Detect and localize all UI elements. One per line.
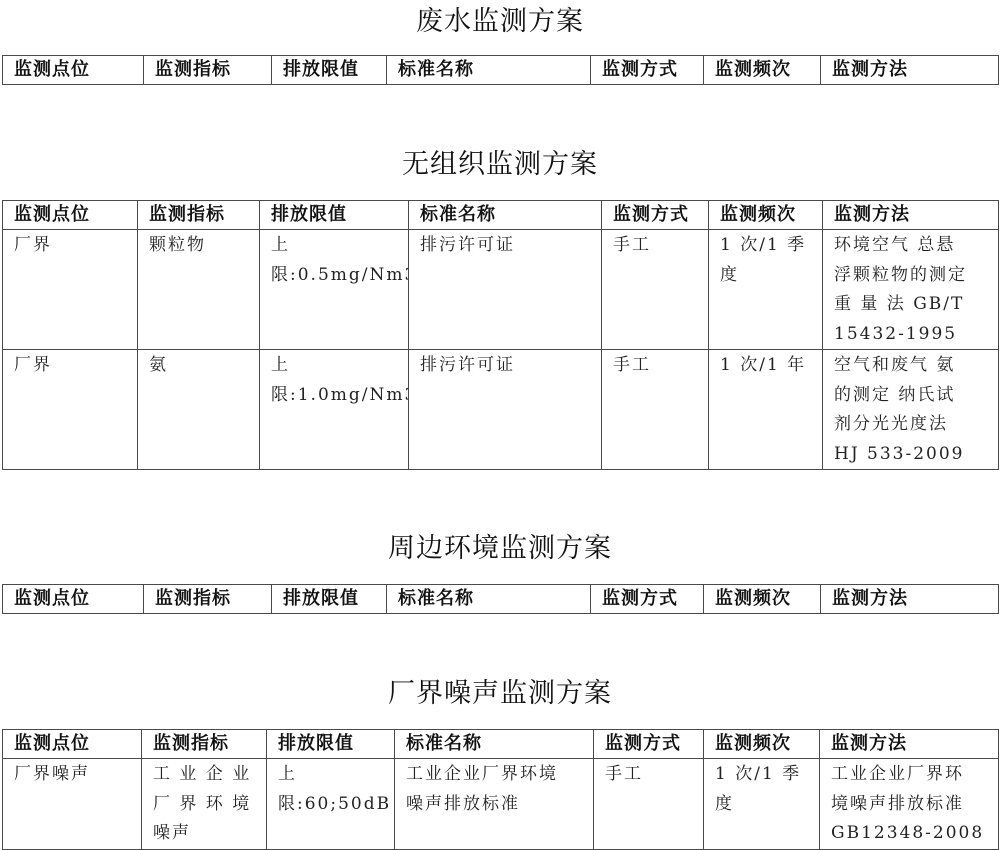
- cell-method-line: 重 量 法 GB/T: [834, 290, 992, 320]
- header-emission-limit: 排放限值: [272, 56, 387, 85]
- cell-mode: 手工: [594, 759, 704, 850]
- header-monitoring-method: 监测方法: [821, 56, 999, 85]
- header-monitoring-point: 监测点位: [3, 730, 142, 759]
- cell-indicator: 颗粒物: [138, 230, 260, 350]
- cell-mode: 手工: [602, 230, 709, 350]
- header-monitoring-method: 监测方法: [820, 730, 999, 759]
- header-monitoring-mode: 监测方式: [602, 201, 709, 230]
- header-emission-limit: 排放限值: [272, 585, 387, 614]
- header-monitoring-method: 监测方法: [821, 585, 999, 614]
- cell-method: 空气和废气 氨 的测定 纳氏试 剂分光光度法 HJ 533-2009: [823, 350, 999, 470]
- cell-method-line: 浮颗粒物的测定: [834, 261, 992, 291]
- cell-indicator: 工 业 企 业 厂 界 环 境 噪声: [142, 759, 267, 850]
- cell-frequency-line: 度: [720, 261, 816, 291]
- header-standard-name: 标准名称: [395, 730, 594, 759]
- cell-point: 厂界噪声: [3, 759, 142, 850]
- cell-limit-line: 上: [271, 231, 402, 261]
- cell-point: 厂界: [3, 350, 138, 470]
- wastewater-monitoring-table: 监测点位 监测指标 排放限值 标准名称 监测方式 监测频次 监测方法: [2, 55, 999, 85]
- header-standard-name: 标准名称: [387, 585, 591, 614]
- surrounding-environment-monitoring-table: 监测点位 监测指标 排放限值 标准名称 监测方式 监测频次 监测方法: [2, 584, 999, 614]
- cell-standard: 排污许可证: [409, 350, 602, 470]
- cell-standard: 排污许可证: [409, 230, 602, 350]
- cell-method-line: 工业企业厂界环: [831, 760, 992, 790]
- cell-method-line: 15432-1995: [834, 320, 992, 350]
- header-monitoring-point: 监测点位: [3, 56, 144, 85]
- cell-frequency-line: 1 次/1 年: [720, 351, 816, 381]
- header-monitoring-mode: 监测方式: [591, 56, 704, 85]
- cell-standard-line: 工业企业厂界环境: [406, 760, 587, 790]
- table-header-row: 监测点位 监测指标 排放限值 标准名称 监测方式 监测频次 监测方法: [3, 585, 999, 614]
- cell-limit-line: 限:1.0mg/Nm3: [271, 381, 402, 411]
- cell-method-line: 剂分光光度法: [834, 410, 992, 440]
- cell-standard-line: 噪声排放标准: [406, 790, 587, 820]
- cell-frequency: 1 次/1 季 度: [704, 759, 820, 850]
- header-monitoring-frequency: 监测频次: [704, 585, 821, 614]
- header-monitoring-point: 监测点位: [3, 201, 138, 230]
- header-monitoring-indicator: 监测指标: [142, 730, 267, 759]
- cell-frequency-line: 度: [715, 790, 813, 820]
- cell-frequency-line: 1 次/1 季: [715, 760, 813, 790]
- header-monitoring-indicator: 监测指标: [144, 56, 272, 85]
- cell-method: 环境空气 总悬 浮颗粒物的测定 重 量 法 GB/T 15432-1995: [823, 230, 999, 350]
- cell-method-line: 空气和废气 氨: [834, 351, 992, 381]
- table-row: 厂界 氨 上 限:1.0mg/Nm3 排污许可证 手工 1 次/1 年 空气和废…: [3, 350, 999, 470]
- cell-limit-line: 限:60;50dB: [278, 790, 388, 820]
- cell-method-line: 环境空气 总悬: [834, 231, 992, 261]
- header-emission-limit: 排放限值: [267, 730, 395, 759]
- fugitive-monitoring-table: 监测点位 监测指标 排放限值 标准名称 监测方式 监测频次 监测方法 厂界 颗粒…: [2, 200, 999, 470]
- boundary-noise-monitoring-table: 监测点位 监测指标 排放限值 标准名称 监测方式 监测频次 监测方法 厂界噪声 …: [2, 729, 999, 850]
- header-monitoring-frequency: 监测频次: [704, 56, 821, 85]
- header-monitoring-indicator: 监测指标: [144, 585, 272, 614]
- cell-method-line: HJ 533-2009: [834, 440, 992, 470]
- table-header-row: 监测点位 监测指标 排放限值 标准名称 监测方式 监测频次 监测方法: [3, 730, 999, 759]
- header-monitoring-method: 监测方法: [823, 201, 999, 230]
- cell-limit: 上 限:1.0mg/Nm3: [260, 350, 409, 470]
- cell-method: 工业企业厂界环 境噪声排放标准 GB12348-2008: [820, 759, 999, 850]
- cell-limit: 上 限:0.5mg/Nm3: [260, 230, 409, 350]
- table-header-row: 监测点位 监测指标 排放限值 标准名称 监测方式 监测频次 监测方法: [3, 201, 999, 230]
- table-header-row: 监测点位 监测指标 排放限值 标准名称 监测方式 监测频次 监测方法: [3, 56, 999, 85]
- cell-method-line: 的测定 纳氏试: [834, 381, 992, 411]
- cell-standard: 工业企业厂界环境 噪声排放标准: [395, 759, 594, 850]
- cell-indicator-line: 工 业 企 业: [153, 760, 260, 790]
- header-standard-name: 标准名称: [409, 201, 602, 230]
- header-monitoring-mode: 监测方式: [591, 585, 704, 614]
- cell-frequency: 1 次/1 年: [709, 350, 823, 470]
- cell-indicator: 氨: [138, 350, 260, 470]
- cell-point: 厂界: [3, 230, 138, 350]
- cell-indicator-line: 厂 界 环 境: [153, 790, 260, 820]
- cell-method-line: 境噪声排放标准: [831, 790, 992, 820]
- header-standard-name: 标准名称: [387, 56, 591, 85]
- cell-mode: 手工: [602, 350, 709, 470]
- section-title-boundary-noise: 厂界噪声监测方案: [0, 678, 1000, 710]
- cell-limit-line: 上: [278, 760, 388, 790]
- cell-frequency: 1 次/1 季 度: [709, 230, 823, 350]
- header-emission-limit: 排放限值: [260, 201, 409, 230]
- header-monitoring-frequency: 监测频次: [704, 730, 820, 759]
- cell-method-line: GB12348-2008: [831, 819, 992, 849]
- header-monitoring-point: 监测点位: [3, 585, 144, 614]
- cell-limit-line: 限:0.5mg/Nm3: [271, 261, 402, 291]
- header-monitoring-mode: 监测方式: [594, 730, 704, 759]
- cell-limit-line: 上: [271, 351, 402, 381]
- header-monitoring-indicator: 监测指标: [138, 201, 260, 230]
- section-title-fugitive: 无组织监测方案: [0, 149, 1000, 181]
- cell-frequency-line: 1 次/1 季: [720, 231, 816, 261]
- table-row: 厂界噪声 工 业 企 业 厂 界 环 境 噪声 上 限:60;50dB 工业企业…: [3, 759, 999, 850]
- cell-limit: 上 限:60;50dB: [267, 759, 395, 850]
- table-row: 厂界 颗粒物 上 限:0.5mg/Nm3 排污许可证 手工 1 次/1 季 度 …: [3, 230, 999, 350]
- header-monitoring-frequency: 监测频次: [709, 201, 823, 230]
- section-title-wastewater: 废水监测方案: [0, 6, 1000, 38]
- section-title-surrounding-environment: 周边环境监测方案: [0, 533, 1000, 565]
- cell-indicator-line: 噪声: [153, 819, 260, 849]
